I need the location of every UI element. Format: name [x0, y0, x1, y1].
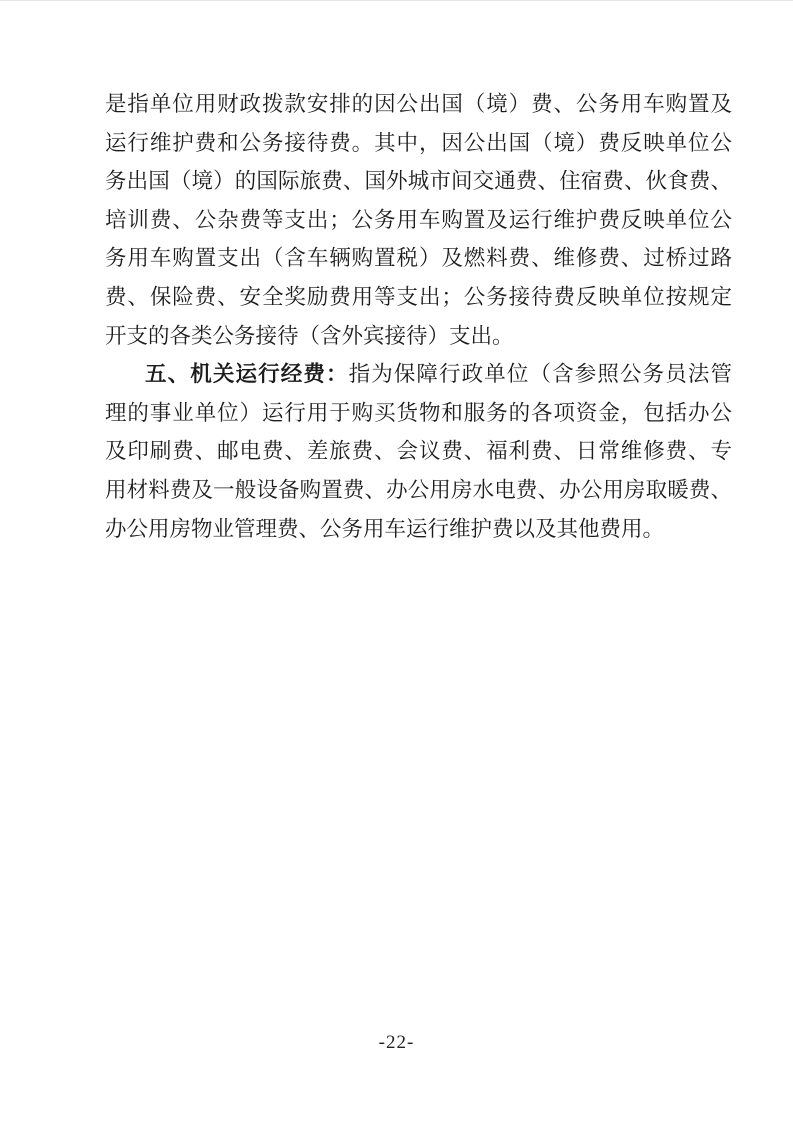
text-line: 是指单位用财政拨款安排的因公出国（境）费、公务用车购置及 [105, 85, 732, 124]
text-line: 费、保险费、安全奖励费用等支出；公务接待费反映单位按规定 [105, 278, 732, 317]
page-number: -22- [0, 1032, 793, 1054]
document-page: 是指单位用财政拨款安排的因公出国（境）费、公务用车购置及 运行维护费和公务接待费… [0, 0, 793, 1122]
text-line: 办公用房物业管理费、公务用车运行维护费以及其他费用。 [105, 510, 732, 549]
text-line: 务出国（境）的国际旅费、国外城市间交通费、住宿费、伙食费、 [105, 162, 732, 201]
section-heading: 五、机关运行经费： [145, 362, 349, 386]
text-line: 及印刷费、邮电费、差旅费、会议费、福利费、日常维修费、专 [105, 432, 732, 471]
body-text: 是指单位用财政拨款安排的因公出国（境）费、公务用车购置及 运行维护费和公务接待费… [105, 85, 732, 548]
text-line: 运行维护费和公务接待费。其中，因公出国（境）费反映单位公 [105, 124, 732, 163]
text-line: 培训费、公杂费等支出；公务用车购置及运行维护费反映单位公 [105, 201, 732, 240]
text-line: 开支的各类公务接待（含外宾接待）支出。 [105, 317, 732, 356]
text-line: 用材料费及一般设备购置费、办公用房水电费、办公用房取暖费、 [105, 471, 732, 510]
paragraph-continuation: 是指单位用财政拨款安排的因公出国（境）费、公务用车购置及 运行维护费和公务接待费… [105, 85, 732, 355]
section-body-start: 指为保障行政单位（含参照公务员法管 [349, 362, 732, 386]
text-line: 理的事业单位）运行用于购买货物和服务的各项资金，包括办公 [105, 394, 732, 433]
paragraph-section-five: 五、机关运行经费：指为保障行政单位（含参照公务员法管 理的事业单位）运行用于购买… [105, 355, 732, 548]
text-line: 务用车购置支出（含车辆购置税）及燃料费、维修费、过桥过路 [105, 239, 732, 278]
text-line: 五、机关运行经费：指为保障行政单位（含参照公务员法管 [105, 355, 732, 394]
